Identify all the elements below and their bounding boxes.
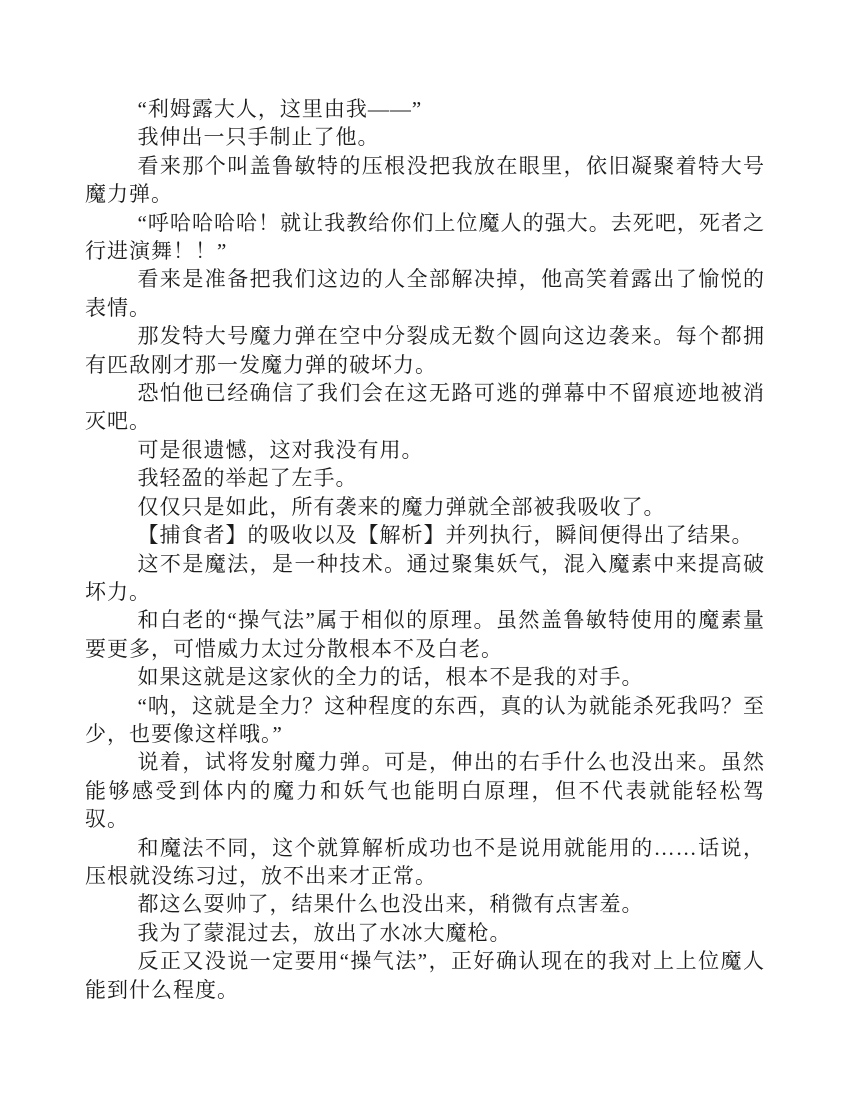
paragraph: 这不是魔法，是一种技术。通过聚集妖气，混入魔素中来提高破坏力。 (85, 550, 765, 607)
paragraph: 和魔法不同，这个就算解析成功也不是说用就能用的……话说，压根就没练习过，放不出来… (85, 834, 765, 891)
paragraph: 我伸出一只手制止了他。 (85, 123, 765, 151)
paragraph: 可是很遗憾，这对我没有用。 (85, 436, 765, 464)
paragraph: 那发特大号魔力弹在空中分裂成无数个圆向这边袭来。每个都拥有匹敌刚才那一发魔力弹的… (85, 322, 765, 379)
paragraph: “呐，这就是全力？这种程度的东西，真的认为就能杀死我吗？至少，也要像这样哦。” (85, 692, 765, 749)
paragraph: 【捕食者】的吸收以及【解析】并列执行，瞬间便得出了结果。 (85, 521, 765, 549)
paragraph: 如果这就是这家伙的全力的话，根本不是我的对手。 (85, 663, 765, 691)
paragraph: 和白老的“操气法”属于相似的原理。虽然盖鲁敏特使用的魔素量要更多，可惜威力太过分… (85, 606, 765, 663)
paragraph: 我轻盈的举起了左手。 (85, 464, 765, 492)
paragraph: 说着，试将发射魔力弹。可是，伸出的右手什么也没出来。虽然能够感受到体内的魔力和妖… (85, 748, 765, 833)
paragraph: 反正又没说一定要用“操气法”，正好确认现在的我对上上位魔人能到什么程度。 (85, 947, 765, 1004)
paragraph: 都这么耍帅了，结果什么也没出来，稍微有点害羞。 (85, 890, 765, 918)
paragraph: “利姆露大人，这里由我——” (85, 95, 765, 123)
novel-text-block: “利姆露大人，这里由我——” 我伸出一只手制止了他。 看来那个叫盖鲁敏特的压根没… (85, 95, 765, 1004)
paragraph: 看来是准备把我们这边的人全部解决掉，他高笑着露出了愉悦的表情。 (85, 265, 765, 322)
paragraph: 看来那个叫盖鲁敏特的压根没把我放在眼里，依旧凝聚着特大号魔力弹。 (85, 152, 765, 209)
paragraph: 恐怕他已经确信了我们会在这无路可逃的弹幕中不留痕迹地被消灭吧。 (85, 379, 765, 436)
paragraph: 仅仅只是如此，所有袭来的魔力弹就全部被我吸收了。 (85, 493, 765, 521)
paragraph: “呼哈哈哈哈！就让我教给你们上位魔人的强大。去死吧，死者之行进演舞！！” (85, 209, 765, 266)
ebook-page: “利姆露大人，这里由我——” 我伸出一只手制止了他。 看来那个叫盖鲁敏特的压根没… (0, 0, 850, 1100)
paragraph: 我为了蒙混过去，放出了水冰大魔枪。 (85, 919, 765, 947)
